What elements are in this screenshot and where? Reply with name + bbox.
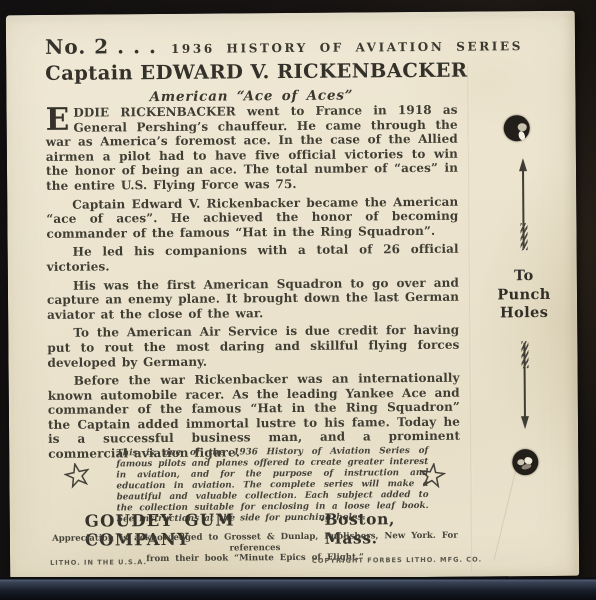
drop-cap: E (46, 106, 74, 133)
body-paragraph-4: His was the first American Squadron to g… (47, 275, 459, 322)
body-paragraph-3: He led his companions with a total of 26… (47, 242, 459, 274)
series-title: 1936 HISTORY OF AVIATION SERIES (171, 39, 523, 56)
copyright-note: COPYRIGHT FORBES LITHO. MFG. CO. (312, 556, 482, 565)
punch-instruction: To Punch Holes (486, 267, 562, 323)
arrow-up-icon (515, 158, 532, 250)
body-paragraph-1: EDDIE RICKENBACKER went to France in 191… (46, 103, 459, 194)
card-header: No. 2 . . . 1936 HISTORY OF AVIATION SER… (45, 32, 458, 106)
card-number: No. 2 . . . (45, 34, 157, 59)
photo-background: No. 2 . . . 1936 HISTORY OF AVIATION SER… (0, 0, 596, 600)
card-crease (467, 67, 473, 572)
punch-instruction-line: Punch (486, 285, 562, 304)
punch-instruction-line: Holes (486, 304, 562, 323)
punch-hole-top (504, 115, 530, 141)
card-holder-edge (0, 577, 596, 600)
punch-hole-chip (517, 130, 526, 141)
biography-text: EDDIE RICKENBACKER went to France in 191… (46, 103, 461, 466)
punch-instruction-line: To (486, 267, 562, 286)
litho-note: LITHO. IN THE U.S.A. (50, 558, 147, 567)
star-icon (418, 462, 447, 491)
paragraph-text: DDIE RICKENBACKER went to France in 1918… (46, 103, 458, 193)
card-crease (494, 468, 517, 561)
punch-hole-bottom (512, 449, 538, 475)
punch-hole-chip (521, 463, 532, 470)
trading-card-back: No. 2 . . . 1936 HISTORY OF AVIATION SER… (6, 11, 579, 580)
subject-name: Captain EDWARD V. RICKENBACKER (45, 59, 457, 88)
series-line: No. 2 . . . 1936 HISTORY OF AVIATION SER… (45, 32, 457, 59)
body-paragraph-5: To the American Air Service is due credi… (47, 323, 459, 370)
body-paragraph-2: Captain Edward V. Rickenbacker became th… (46, 194, 458, 241)
arrow-down-icon (516, 341, 533, 429)
star-icon (62, 460, 93, 491)
